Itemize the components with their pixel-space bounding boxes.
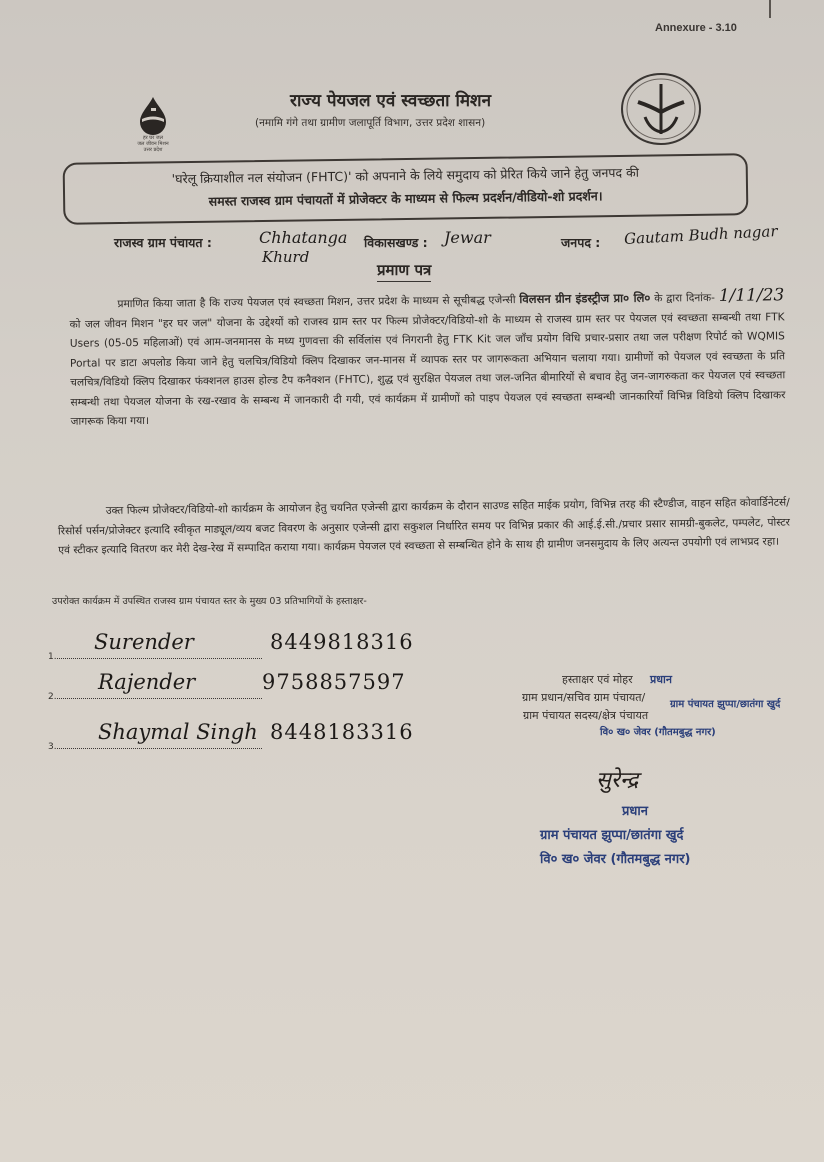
program-date: 1/11/23	[719, 285, 785, 306]
org-title: राज्य पेयजल एवं स्वच्छता मिशन	[290, 88, 491, 111]
district-value: Gautam Budh nagar	[624, 222, 778, 248]
program-banner: 'घरेलू क्रियाशील नल संयोजन (FHTC)' को अप…	[63, 153, 749, 225]
seal-label-3: ग्राम पंचायत सदस्य/क्षेत्र पंचायत	[523, 708, 648, 723]
pradhan-signature: सुरेन्द्र	[596, 764, 638, 794]
block-label: विकासखण्ड :	[364, 234, 428, 251]
seal-label-1: हस्ताक्षर एवं मोहर	[562, 672, 633, 687]
participant-number: 2.	[48, 692, 57, 702]
block-value: Jewar	[444, 228, 491, 247]
banner-line-1: 'घरेलू क्रियाशील नल संयोजन (FHTC)' को अप…	[65, 162, 746, 189]
pradhan-stamp: प्रधान ग्राम पंचायत झुप्पा/छातंगा खुर्द …	[540, 800, 770, 872]
seal-label-2: ग्राम प्रधान/सचिव ग्राम पंचायत/	[522, 690, 645, 705]
pradhan-stamp-title: प्रधान	[570, 800, 700, 824]
participant-row: 1. Surender 8449818316	[48, 648, 262, 662]
corner-mark	[769, 0, 771, 18]
certificate-title: प्रमाण पत्र	[377, 260, 431, 282]
participant-number: 3.	[48, 742, 57, 752]
participant-phone: 8449818316	[270, 630, 414, 654]
participant-row: 3. Shaymal Singh 8448183316	[48, 738, 262, 752]
jal-jeevan-mission-logo: हर घर जल जल जीवन मिशन उत्तर प्रदेश	[130, 95, 176, 153]
location-row: राजस्व ग्राम पंचायत : Chhatanga Khurd वि…	[114, 234, 212, 251]
logo-caption-3: उत्तर प्रदेश	[130, 147, 176, 153]
participant-row: 2. Rajender 9758857597	[48, 688, 262, 702]
pradhan-stamp-line-2: वि० ख० जेवर (गौतमबुद्ध नगर)	[540, 848, 770, 872]
certificate-paragraph-1: प्रमाणित किया जाता है कि राज्य पेयजल एवं…	[69, 286, 785, 432]
district-label: जनपद :	[561, 234, 600, 251]
participant-name: Surender	[94, 630, 194, 654]
participant-number: 1.	[48, 652, 57, 662]
annexure-label: Annexure - 3.10	[655, 22, 737, 34]
para1-part-a: प्रमाणित किया जाता है कि राज्य पेयजल एवं…	[117, 294, 515, 310]
org-subtitle: (नमामि गंगे तथा ग्रामीण जलापूर्ति विभाग,…	[255, 116, 485, 130]
water-drop-icon	[136, 95, 170, 135]
agency-name: विलसन ग्रीन इंडस्ट्रीज प्रा० लि०	[519, 291, 650, 306]
seal-stamp-overlay-2: ग्राम पंचायत झुप्पा/छातंगा खुर्द	[670, 696, 780, 710]
seal-stamp-overlay-1: प्रधान	[650, 672, 672, 687]
pradhan-stamp-line-1: ग्राम पंचायत झुप्पा/छातंगा खुर्द	[540, 824, 770, 848]
participant-name: Rajender	[98, 670, 195, 694]
participant-name: Shaymal Singh	[98, 720, 258, 744]
gram-panchayat-value-line2: Khurd	[262, 248, 309, 266]
para1-part-c: को जल जीवन मिशन "हर घर जल" योजना के उद्द…	[70, 311, 786, 428]
certificate-paragraph-2: उक्त फिल्म प्रोजेक्टर/विडियो-शो कार्यक्र…	[58, 494, 791, 561]
banner-line-2: समस्त राजस्व ग्राम पंचायतों में प्रोजेक्…	[65, 185, 746, 212]
para2-text: उक्त फिल्म प्रोजेक्टर/विडियो-शो कार्यक्र…	[58, 497, 790, 557]
gram-panchayat-value: Chhatanga	[259, 228, 347, 247]
gram-panchayat-label: राजस्व ग्राम पंचायत :	[114, 235, 212, 250]
certificate-page: Annexure - 3.10 हर घर जल जल जीवन मिशन उत…	[0, 0, 824, 1162]
participants-intro: उपरोक्त कार्यक्रम में उपस्थित राजस्व ग्र…	[52, 594, 472, 609]
para1-part-b: के द्वारा दिनांक-	[654, 292, 715, 305]
participant-phone: 8448183316	[270, 720, 414, 744]
up-state-emblem-icon	[620, 72, 702, 146]
participant-phone: 9758857597	[262, 670, 406, 694]
seal-stamp-overlay-3: वि० ख० जेवर (गौतमबुद्ध नगर)	[600, 724, 716, 738]
